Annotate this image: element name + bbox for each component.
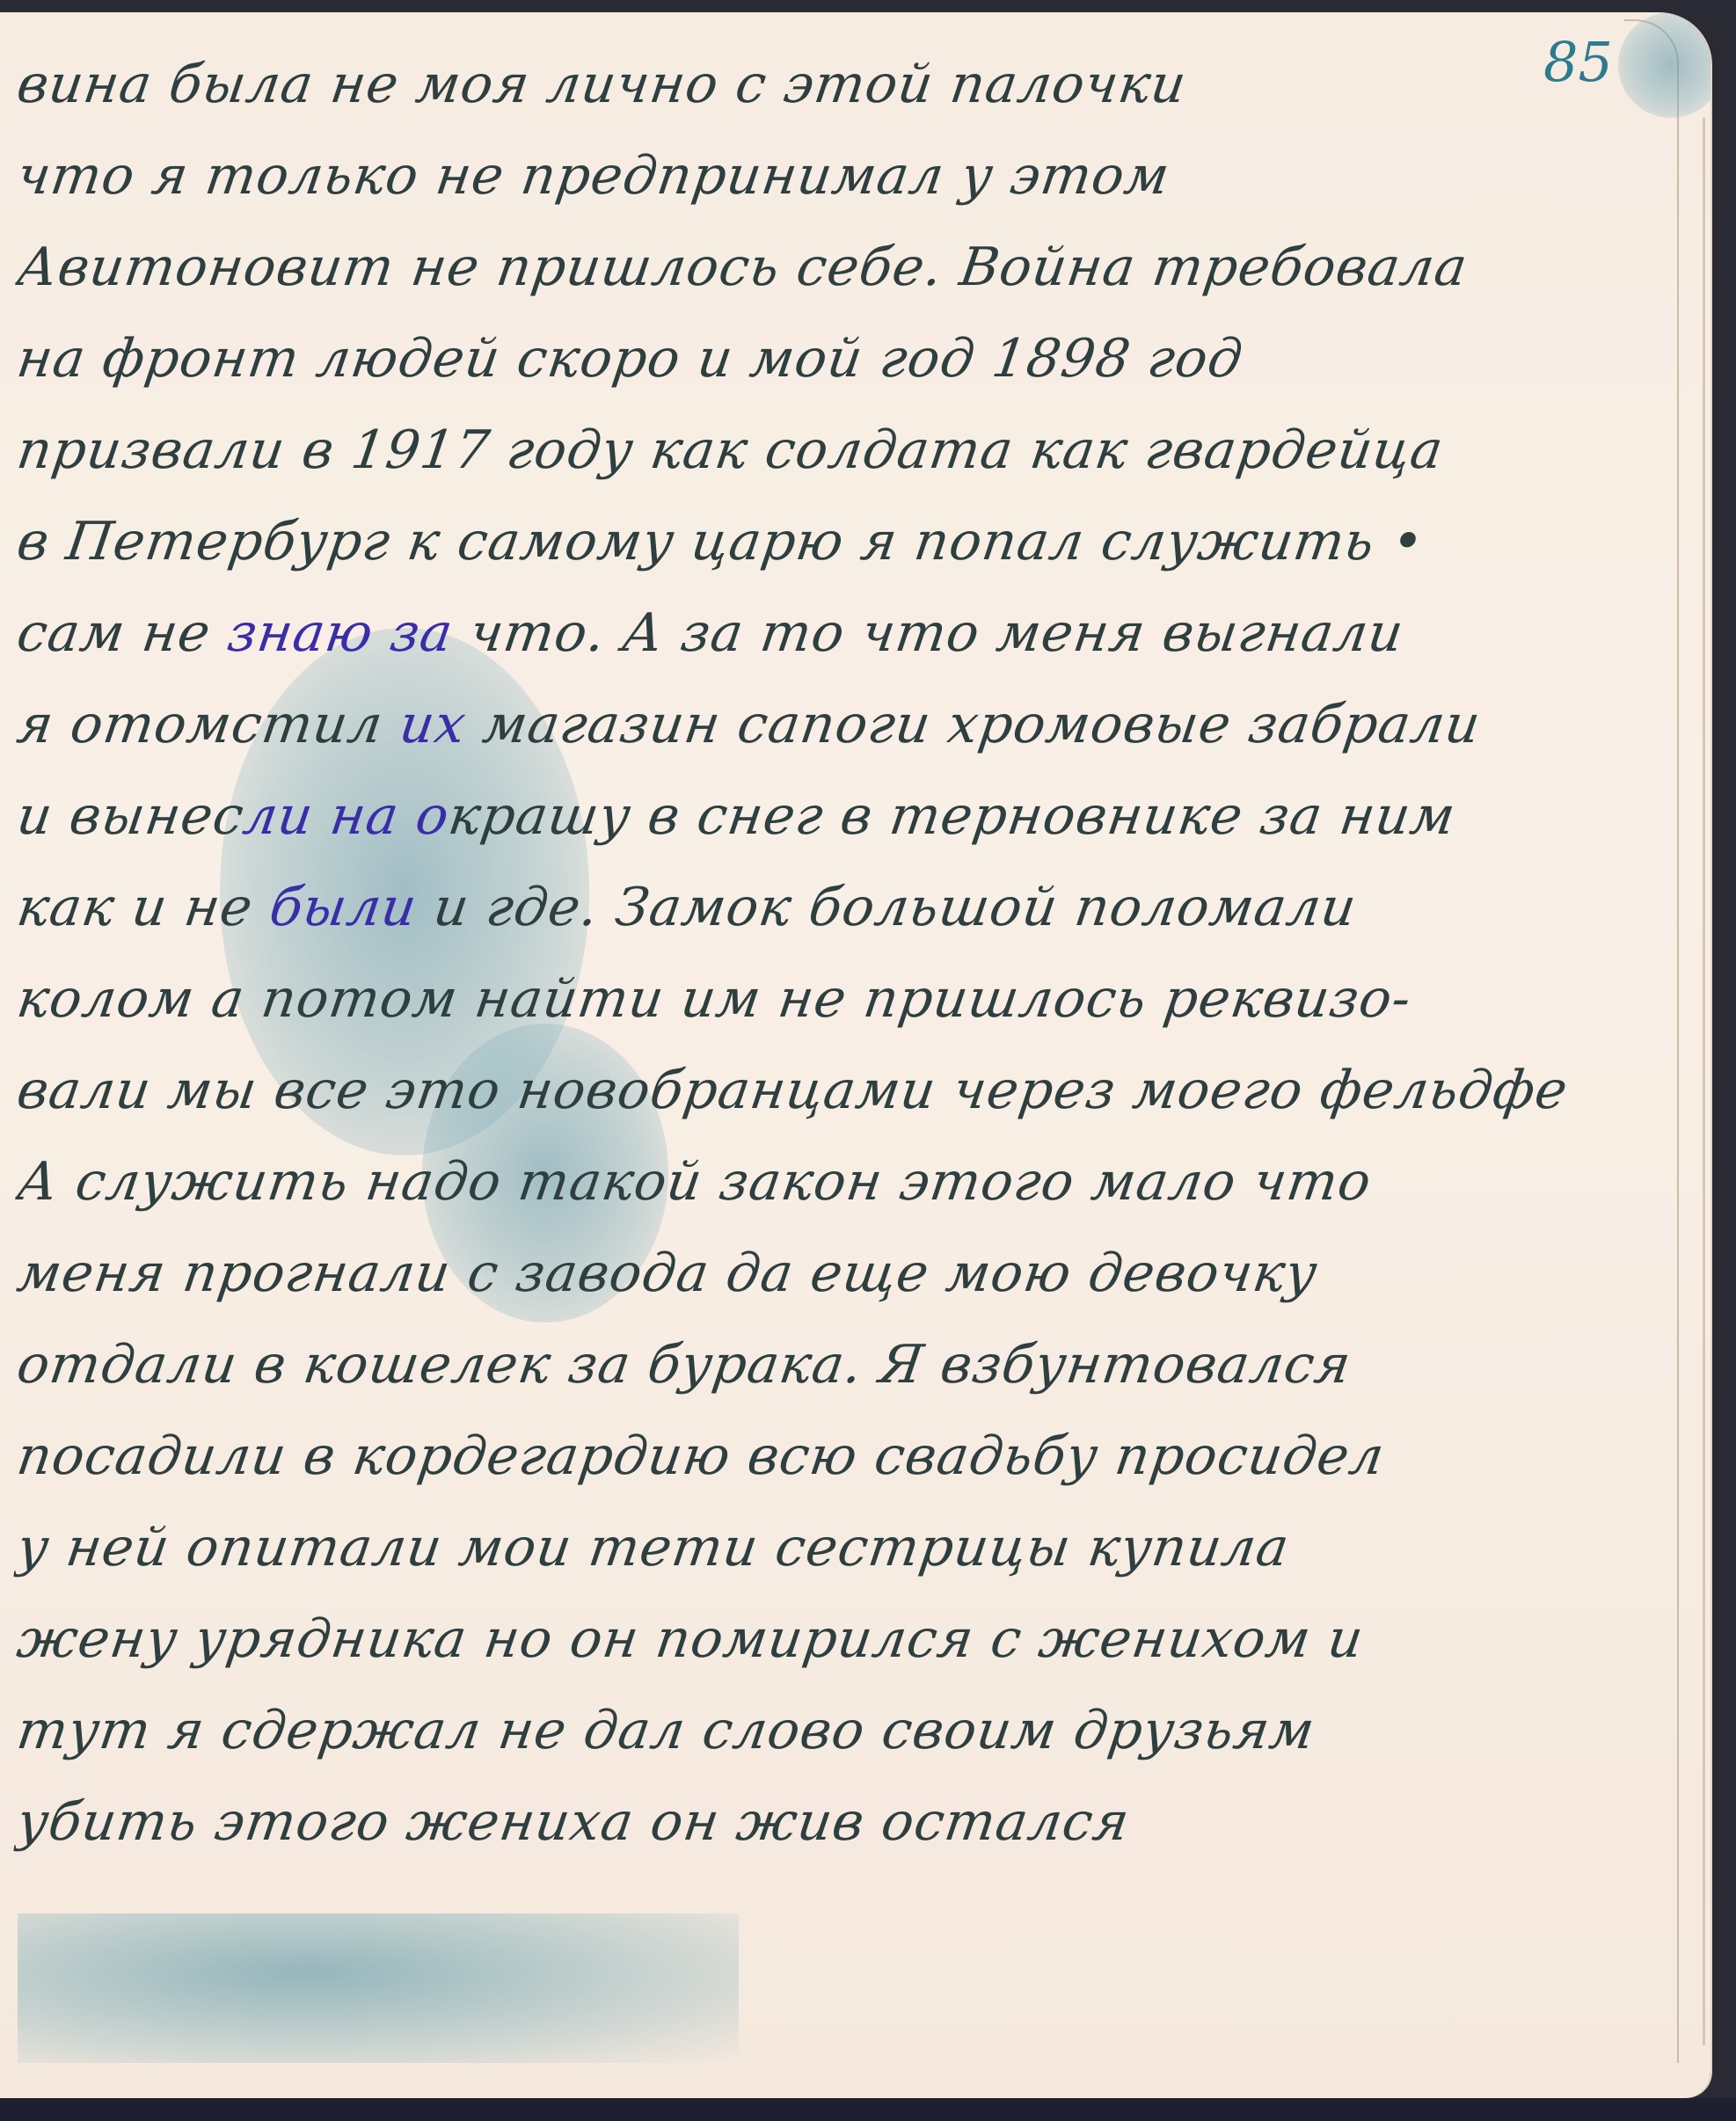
correction-text: были — [266, 877, 420, 938]
line-text: убить этого жениха он жив остался — [13, 1791, 1134, 1853]
text-line: я отомстил их магазин сапоги хромовые за… — [11, 679, 1572, 770]
correction-text: знаю за — [223, 602, 456, 664]
text-line: что я только не предпринимал у этом — [11, 130, 1572, 222]
line-text: тут я сдержал не дал слово своим друзьям — [13, 1700, 1319, 1761]
text-line: на фронт людей скоро и мой год 1898 год — [11, 313, 1572, 405]
text-line: колом а потом найти им не пришлось рекви… — [11, 953, 1572, 1045]
line-text-continued: и где. Замок большой поломали — [412, 877, 1360, 938]
line-text-continued: что. А за то что меня выгнали — [449, 602, 1408, 664]
line-text: посадили в кордегардию всю свадьбу проси… — [13, 1425, 1389, 1487]
line-text: как и не — [13, 877, 274, 938]
correction-text: ли на о — [239, 785, 453, 847]
ink-stain — [1618, 12, 1710, 118]
page-edge — [1703, 118, 1705, 2045]
line-text: вали мы все это новобранцами через моего… — [13, 1060, 1572, 1121]
line-text: у ней опитали мои тети сестрицы купила — [13, 1517, 1293, 1578]
handwritten-text: вина была не моя лично с этой палочкичто… — [18, 39, 1565, 1868]
line-text-continued: крашу в снег в терновнике за ним — [445, 785, 1460, 847]
line-text: сам не — [13, 602, 232, 664]
text-line: у ней опитали мои тети сестрицы купила — [11, 1502, 1572, 1593]
text-line: тут я сдержал не дал слово своим друзьям — [11, 1685, 1572, 1776]
line-text: А служить надо такой закон этого мало чт… — [13, 1151, 1375, 1213]
text-line: в Петербург к самому царю я попал служит… — [11, 496, 1572, 587]
text-line: меня прогнали с завода да еще мою девочк… — [11, 1228, 1572, 1319]
line-text-continued: магазин сапоги хромовые забрали — [462, 694, 1484, 755]
text-line: сам не знаю за что. А за то что меня выг… — [11, 587, 1572, 679]
text-line: вина была не моя лично с этой палочки — [11, 39, 1572, 130]
line-text: и вынес — [13, 785, 248, 847]
line-text: я отомстил — [13, 694, 405, 755]
line-text: призвали в 1917 году как солдата как гва… — [13, 419, 1448, 481]
text-line: как и не были и где. Замок большой полом… — [11, 862, 1572, 953]
line-text: Авитоновит не пришлось себе. Война требо… — [13, 237, 1471, 298]
line-text: что я только не предпринимал у этом — [13, 145, 1174, 207]
text-line: жену урядника но он помирился с женихом … — [11, 1593, 1572, 1685]
line-text: жену урядника но он помирился с женихом … — [13, 1608, 1368, 1670]
text-line: Авитоновит не пришлось себе. Война требо… — [11, 222, 1572, 313]
text-line: вали мы все это новобранцами через моего… — [11, 1045, 1572, 1136]
line-text: в Петербург к самому царю я попал служит… — [13, 511, 1428, 572]
text-line: посадили в кордегардию всю свадьбу проси… — [11, 1410, 1572, 1502]
text-line: А служить надо такой закон этого мало чт… — [11, 1136, 1572, 1228]
line-text: отдали в кошелек за бурака. Я взбунтовал… — [13, 1334, 1355, 1396]
text-line: и вынесли на окрашу в снег в терновнике … — [11, 770, 1572, 862]
correction-text: их — [396, 694, 470, 755]
text-line: убить этого жениха он жив остался — [11, 1776, 1572, 1868]
ink-stain-bottom — [18, 1913, 739, 2063]
line-text: на фронт людей скоро и мой год 1898 год — [13, 328, 1247, 390]
page-corner-edge — [1624, 19, 1679, 2063]
line-text: меня прогнали с завода да еще мою девочк… — [13, 1243, 1322, 1304]
line-text: вина была не моя лично с этой палочки — [13, 54, 1191, 115]
text-line: отдали в кошелек за бурака. Я взбунтовал… — [11, 1319, 1572, 1410]
text-line: призвали в 1917 году как солдата как гва… — [11, 405, 1572, 496]
line-text: колом а потом найти им не пришлось рекви… — [13, 968, 1415, 1030]
background-edge — [0, 2098, 1736, 2121]
notebook-page: 85 вина была не моя лично с этой палочки… — [0, 12, 1710, 2098]
